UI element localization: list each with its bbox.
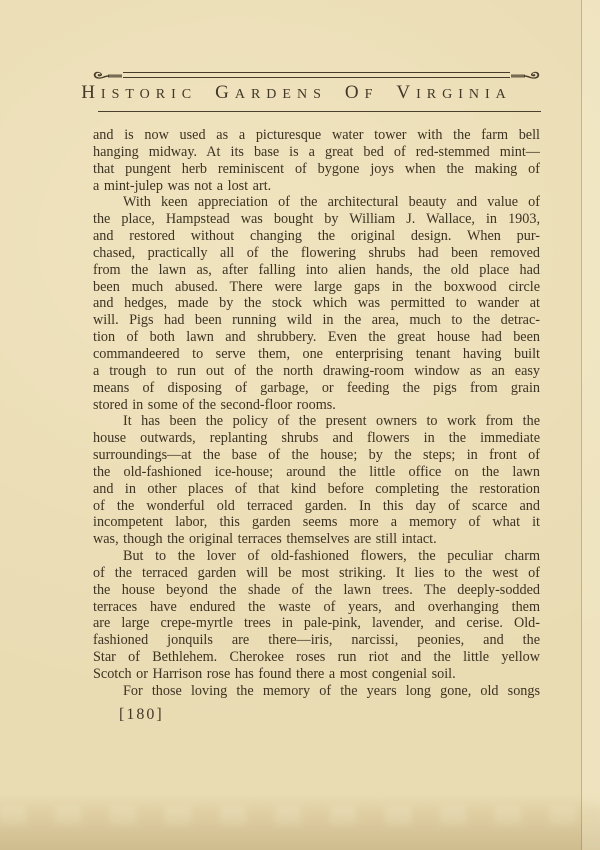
running-head-word: HISTORIC [81, 85, 197, 102]
text-line: the place, Hampstead was bought by Willi… [93, 211, 540, 228]
title-underline-rule [98, 111, 541, 112]
paragraph: With keen appreciation of the architectu… [93, 194, 540, 413]
text-line: been much abused. There were large gaps … [93, 279, 540, 296]
header-double-rule [123, 72, 510, 78]
text-line: For those loving the memory of the years… [93, 683, 540, 700]
text-line: and is now used as a picturesque water t… [93, 127, 540, 144]
text-line: a trough to run out of the north drawing… [93, 363, 540, 380]
text-line: and in other places of that kind before … [93, 481, 540, 498]
page-edge-line [581, 0, 582, 850]
text-line: means of disposing of garbage, or feedin… [93, 380, 540, 397]
text-line: tion of both lawn and shrubbery. Even th… [93, 329, 540, 346]
page-number: [180] [119, 706, 164, 724]
scroll-ornament-left-icon [92, 69, 122, 82]
text-line: the old-fashioned ice-house; around the … [93, 464, 540, 481]
page-edge-strip [582, 0, 600, 850]
text-line: surroundings—at the base of the house; b… [93, 447, 540, 464]
text-line: incompetent labor, this garden seems mor… [93, 514, 540, 531]
page-bottom-shading [0, 806, 600, 824]
text-line: are large crepe-myrtle trees in pale-pin… [93, 615, 540, 632]
text-line: hanging midway. At its base is a great b… [93, 144, 540, 161]
running-head-word: OF [345, 85, 379, 102]
paragraph: For those loving the memory of the years… [93, 683, 540, 700]
text-line: Scotch or Harrison rose has found there … [93, 666, 540, 683]
paragraph: But to the lover of old-fashioned flower… [93, 548, 540, 683]
body-text: and is now used as a picturesque water t… [93, 127, 540, 700]
text-line: was, though the original terraces themse… [93, 531, 540, 548]
running-head-word: VIRGINIA [396, 85, 511, 102]
text-line: house outwards, replanting shrubs and fl… [93, 430, 540, 447]
text-line: and restored without changing the origin… [93, 228, 540, 245]
header-rule [92, 68, 541, 82]
paragraph: It has been the policy of the present ow… [93, 413, 540, 548]
paragraph: and is now used as a picturesque water t… [93, 127, 540, 194]
text-line: With keen appreciation of the architectu… [93, 194, 540, 211]
text-line: that pungent herb reminiscent of bygone … [93, 161, 540, 178]
text-line: from the lawn as, after falling into ali… [93, 262, 540, 279]
running-head-word: GARDENS [215, 85, 327, 102]
text-line: will. Pigs had been running wild in the … [93, 312, 540, 329]
text-line: It has been the policy of the present ow… [93, 413, 540, 430]
text-line: of the terraced garden will be most stri… [93, 565, 540, 582]
text-line: chased, practically all of the flowering… [93, 245, 540, 262]
scroll-ornament-right-icon [511, 69, 541, 82]
text-line: a mint-julep was not a lost art. [93, 178, 540, 195]
text-line: Star of Bethlehem. Cherokee roses run ri… [93, 649, 540, 666]
text-line: the house beyond the shade of the lawn t… [93, 582, 540, 599]
text-line: terraces have endured the waste of years… [93, 599, 540, 616]
text-line: fashioned jonquils are there—iris, narci… [93, 632, 540, 649]
text-line: and hedges, made by the stock which was … [93, 295, 540, 312]
text-line: stored in some of the second-floor rooms… [93, 397, 540, 414]
text-line: commandeered to serve them, one enterpri… [93, 346, 540, 363]
text-line: of the wonderful old terraced garden. In… [93, 498, 540, 515]
running-head-title: HISTORICGARDENSOFVIRGINIA [72, 82, 521, 104]
text-line: But to the lover of old-fashioned flower… [93, 548, 540, 565]
book-page-scan: HISTORICGARDENSOFVIRGINIA and is now use… [0, 0, 600, 850]
